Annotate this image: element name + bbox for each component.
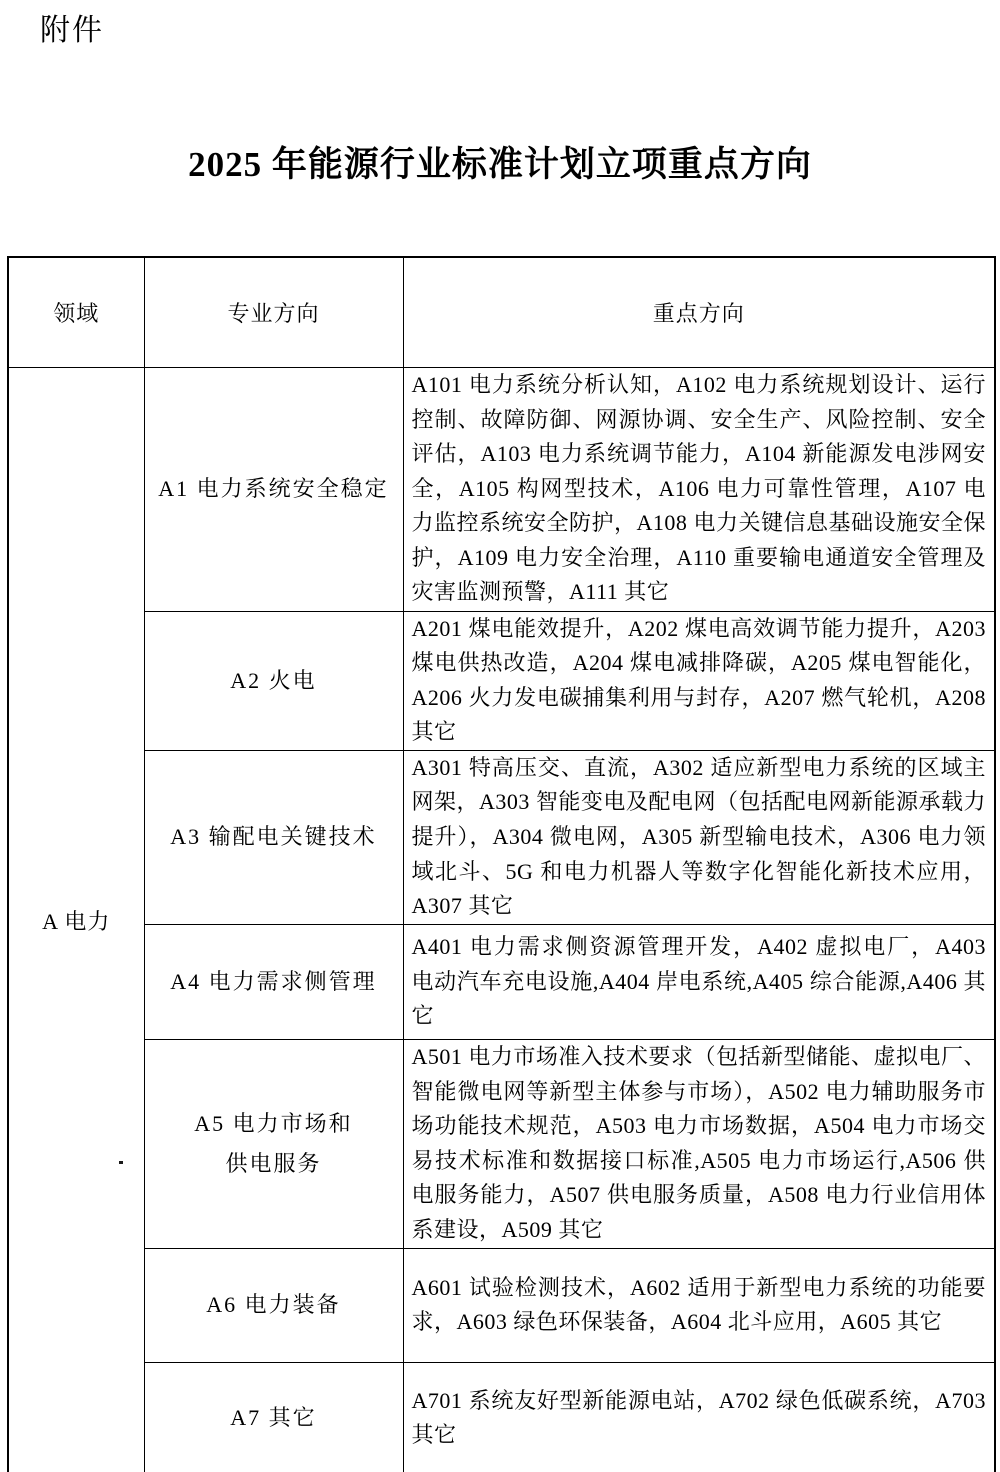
specialty-a1: A1 电力系统安全稳定 xyxy=(144,367,403,611)
specialty-a4: A4 电力需求侧管理 xyxy=(144,924,403,1039)
domain-group-label: A 电力 xyxy=(8,367,144,1472)
focus-a2: A201 煤电能效提升，A202 煤电高效调节能力提升，A203 煤电供热改造，… xyxy=(403,611,995,750)
table-row: A 电力 A1 电力系统安全稳定 A101 电力系统分析认知，A102 电力系统… xyxy=(8,367,995,611)
specialty-a6: A6 电力装备 xyxy=(144,1248,403,1362)
focus-a5: A501 电力市场准入技术要求（包括新型储能、虚拟电厂、智能微电网等新型主体参与… xyxy=(403,1039,995,1248)
directions-table: 领域 专业方向 重点方向 A 电力 A1 电力系统安全稳定 A101 电力系统分… xyxy=(7,256,996,1472)
specialty-a7: A7 其它 xyxy=(144,1362,403,1472)
attachment-label: 附件 xyxy=(40,5,104,49)
table-row: A6 电力装备 A601 试验检测技术，A602 适用于新型电力系统的功能要求，… xyxy=(8,1248,995,1362)
page-title: 2025 年能源行业标准计划立项重点方向 xyxy=(0,137,1000,187)
table-row: A3 输配电关键技术 A301 特高压交、直流，A302 适应新型电力系统的区域… xyxy=(8,750,995,924)
header-specialty: 专业方向 xyxy=(144,257,403,367)
table-row: A2 火电 A201 煤电能效提升，A202 煤电高效调节能力提升，A203 煤… xyxy=(8,611,995,750)
focus-a4: A401 电力需求侧资源管理开发，A402 虚拟电厂，A403 电动汽车充电设施… xyxy=(403,924,995,1039)
focus-a1: A101 电力系统分析认知，A102 电力系统规划设计、运行控制、故障防御、网源… xyxy=(403,367,995,611)
stray-ink-dot xyxy=(119,1161,123,1164)
table-row: A4 电力需求侧管理 A401 电力需求侧资源管理开发，A402 虚拟电厂，A4… xyxy=(8,924,995,1039)
header-focus: 重点方向 xyxy=(403,257,995,367)
focus-a6: A601 试验检测技术，A602 适用于新型电力系统的功能要求，A603 绿色环… xyxy=(403,1248,995,1362)
focus-a7: A701 系统友好型新能源电站，A702 绿色低碳系统，A703 其它 xyxy=(403,1362,995,1472)
table-row: A5 电力市场和 供电服务 A501 电力市场准入技术要求（包括新型储能、虚拟电… xyxy=(8,1039,995,1248)
specialty-a2: A2 火电 xyxy=(144,611,403,750)
header-domain: 领域 xyxy=(8,257,144,367)
specialty-a3: A3 输配电关键技术 xyxy=(144,750,403,924)
specialty-a5: A5 电力市场和 供电服务 xyxy=(144,1039,403,1248)
focus-a3: A301 特高压交、直流，A302 适应新型电力系统的区域主网架，A303 智能… xyxy=(403,750,995,924)
table-header-row: 领域 专业方向 重点方向 xyxy=(8,257,995,367)
table-row: A7 其它 A701 系统友好型新能源电站，A702 绿色低碳系统，A703 其… xyxy=(8,1362,995,1472)
